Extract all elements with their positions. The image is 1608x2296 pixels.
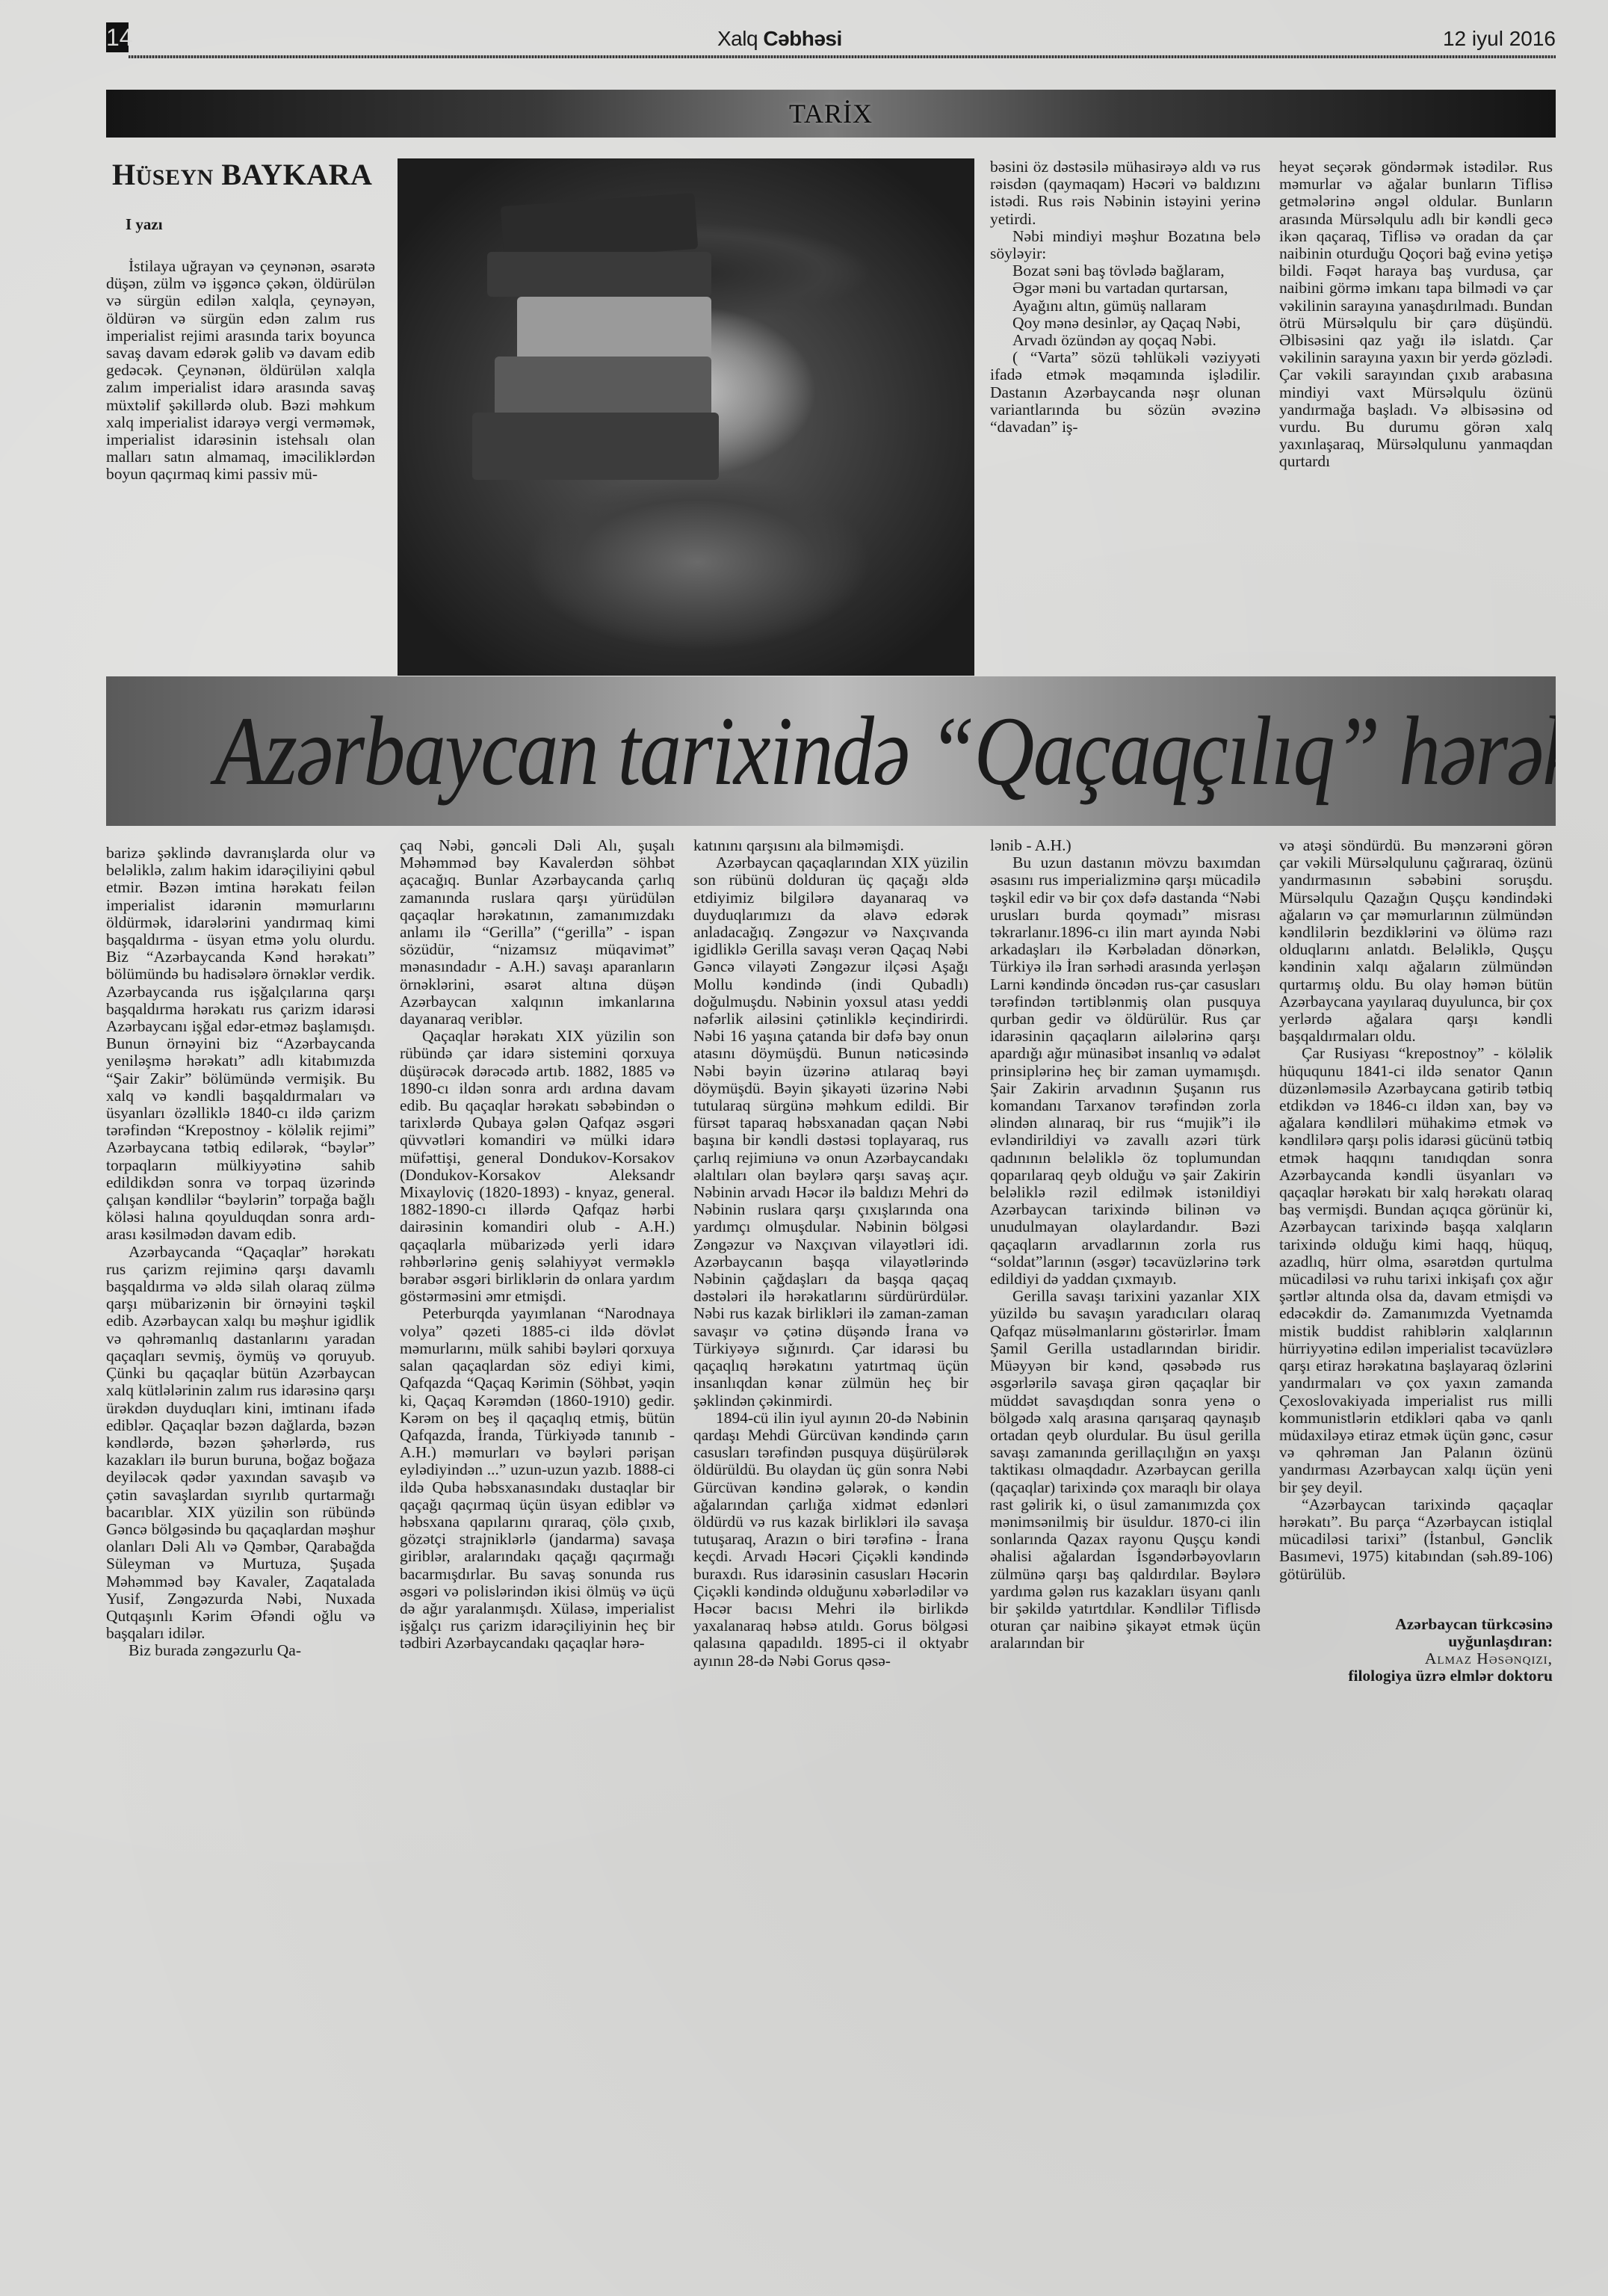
paragraph: “Azərbaycan tarixində qaçaqlar hərəkatı”…: [1279, 1496, 1553, 1583]
book-icon: [472, 413, 719, 480]
paragraph: 1894-cü ilin iyul ayının 20-də Nəbinin q…: [693, 1410, 968, 1670]
article-headline: Azərbaycan tarixində “Qaçaqçılıq” hərəka…: [215, 676, 1447, 826]
newspaper-masthead: Xalq Cəbhəsi: [717, 27, 842, 51]
paragraph: barizə şəklində davranışlarda olur və be…: [106, 845, 375, 1244]
column-1: barizə şəklində davranışlarda olur və be…: [106, 845, 375, 1660]
paragraph: Azərbaycan qaçaqlarından XIX yüzilin son…: [693, 854, 968, 1410]
page-number: 14: [106, 22, 129, 52]
book-icon: [517, 297, 711, 360]
section-label: TARİX: [789, 99, 873, 129]
translator-title: filologiya üzrə elmlər doktoru: [1279, 1667, 1553, 1685]
intro-column: İstilaya uğrayan və çeynənən, əsarətə dü…: [106, 258, 375, 484]
paragraph: Gerilla savaşı tarixini yazanlar XIX yüz…: [990, 1288, 1261, 1652]
paragraph: heyət seçərək göndərmək istədilər. Rus m…: [1279, 158, 1553, 471]
translator-name: Almaz Həsənqızı,: [1279, 1650, 1553, 1667]
verse-line: Əgər məni bu vartadan qurtarsan,: [990, 280, 1261, 297]
paragraph: Peterburqda yayımlanan “Narodnaya volya”…: [400, 1305, 675, 1652]
book-icon: [495, 357, 711, 416]
paragraph: Bu uzun dastanın mövzu baxımdan əsasını …: [990, 854, 1261, 1288]
masthead-light: Xalq: [717, 27, 763, 50]
column-5: və atəşi söndürdü. Bu mənzərəni görən ça…: [1279, 837, 1553, 1685]
headline-banner: Azərbaycan tarixində “Qaçaqçılıq” hərəka…: [106, 676, 1556, 826]
author-first-rest: ÜSEYN: [136, 165, 214, 190]
author-last-name: BAYKARA: [221, 158, 372, 191]
verse-line: Arvadı özündən ay qoçaq Nəbi.: [990, 332, 1261, 349]
column-4: lənib - A.H.) Bu uzun dastanın mövzu bax…: [990, 837, 1261, 1652]
credit-line-2: uyğunlaşdıran:: [1279, 1633, 1553, 1650]
credit-line-1: Azərbaycan türkcəsinə: [1279, 1616, 1553, 1633]
section-band: TARİX: [106, 90, 1556, 138]
paragraph: çaq Nəbi, gəncəli Dəli Alı, şuşalı Məhəm…: [400, 837, 675, 1028]
paragraph: lənib - A.H.): [990, 837, 1261, 854]
verse-line: Bozat səni baş tövlədə bağlaram,: [990, 262, 1261, 280]
book-icon: [487, 252, 711, 297]
paragraph: ( “Varta” sözü təhlükəli vəziyyəti ifadə…: [990, 349, 1261, 436]
masthead-bold: Cəbhəsi: [763, 27, 841, 50]
verse-line: Ayağını altın, gümüş nallaram: [990, 297, 1261, 315]
top-column-3: bəsini öz dəstəsilə mühasirəyə aldı və r…: [990, 158, 1261, 436]
author-initial: H: [112, 158, 136, 191]
paragraph: katınını qarşısını ala bilməmişdi.: [693, 837, 968, 854]
paragraph: Çar Rusiyası “krepostnoy” - köləlik hüqu…: [1279, 1045, 1553, 1496]
paragraph: və atəşi söndürdü. Bu mənzərəni görən ça…: [1279, 837, 1553, 1045]
translator-credit: Azərbaycan türkcəsinə uyğunlaşdıran: Alm…: [1279, 1616, 1553, 1685]
paragraph: Qaçaqlar hərəkatı XIX yüzilin son rübünd…: [400, 1028, 675, 1305]
paragraph: Biz burada zəngəzurlu Qa-: [106, 1642, 375, 1659]
column-3: katınını qarşısını ala bilməmişdi. Azərb…: [693, 837, 968, 1670]
author-byline: HÜSEYN BAYKARA: [112, 157, 372, 192]
verse-line: Nəbi mindiyi məşhur Bozatına belə söyləy…: [990, 228, 1261, 262]
paragraph: İstilaya uğrayan və çeynənən, əsarətə dü…: [106, 258, 375, 484]
article-photo: [398, 158, 974, 676]
top-column-4: heyət seçərək göndərmək istədilər. Rus m…: [1279, 158, 1553, 471]
paragraph: Azərbaycanda “Qaçaqlar” hərəkatı rus çar…: [106, 1244, 375, 1643]
paragraph: bəsini öz dəstəsilə mühasirəyə aldı və r…: [990, 158, 1261, 228]
verse-line: Qoy mənə desinlər, ay Qaçaq Nəbi,: [990, 315, 1261, 332]
header-divider: [129, 55, 1556, 58]
part-label: I yazı: [126, 215, 163, 234]
issue-date: 12 iyul 2016: [1443, 27, 1556, 51]
column-2: çaq Nəbi, gəncəli Dəli Alı, şuşalı Məhəm…: [400, 837, 675, 1652]
